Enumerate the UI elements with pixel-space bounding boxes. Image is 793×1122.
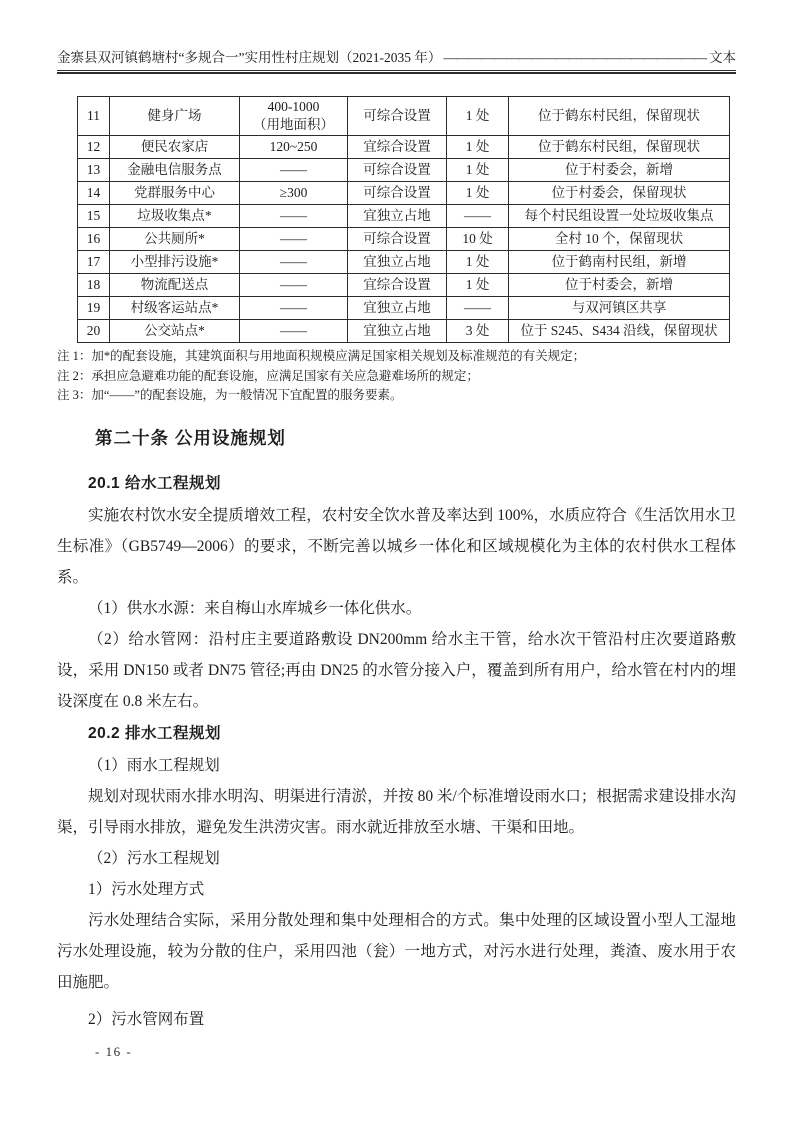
- rainwater-planning-line: （1）雨水工程规划: [57, 750, 736, 781]
- table-cell-mode: 可综合设置: [348, 159, 447, 182]
- water-supply-network-paragraph: （2）给水管网：沿村庄主要道路敷设 DN200mm 给水主干管，给水次干管沿村庄…: [57, 624, 736, 717]
- water-supply-paragraph-1: 实施农村饮水安全提质增效工程，农村安全饮水普及率达到 100%，水质应符合《生活…: [57, 500, 736, 593]
- table-row: 12便民农家店120~250宜综合设置1 处位于鹤东村民组，保留现状: [78, 136, 730, 159]
- table-cell-count: 10 处: [447, 228, 509, 251]
- water-supply-source-line: （1）供水水源：来自梅山水库城乡一体化供水。: [57, 593, 736, 624]
- table-cell-remark: 位于鹤东村民组，保留现状: [509, 136, 730, 159]
- table-cell-no: 20: [78, 320, 110, 343]
- document-page: 金寨县双河镇鹤塘村“多规合一”实用性村庄规划（2021-2035 年） ————…: [0, 0, 793, 1122]
- table-cell-mode: 可综合设置: [348, 182, 447, 205]
- table-cell-remark: 位于村委会，新增: [509, 159, 730, 182]
- table-notes: 注 1：加*的配套设施，其建筑面积与用地面积规模应满足国家相关规划及标准规范的有…: [57, 347, 736, 406]
- table-cell-count: 1 处: [447, 251, 509, 274]
- table-row: 18物流配送点——宜综合设置1 处位于村委会，新增: [78, 274, 730, 297]
- table-cell-count: ——: [447, 297, 509, 320]
- table-cell-scale: ——: [240, 228, 348, 251]
- table-cell-no: 16: [78, 228, 110, 251]
- table-row: 16公共厕所*——可综合设置10 处全村 10 个，保留现状: [78, 228, 730, 251]
- table-note-3: 注 3：加“——”的配套设施，为一般情况下宜配置的服务要素。: [57, 386, 736, 406]
- table-cell-name: 物流配送点: [110, 274, 240, 297]
- page-number: - 16 -: [95, 1044, 132, 1059]
- table-row: 17小型排污设施*——宜独立占地1 处位于鹤南村民组，新增: [78, 251, 730, 274]
- table-cell-mode: 宜综合设置: [348, 274, 447, 297]
- table-cell-no: 15: [78, 205, 110, 228]
- table-row: 20公交站点*——宜独立占地3 处位于 S245、S434 沿线，保留现状: [78, 320, 730, 343]
- table-cell-name: 公交站点*: [110, 320, 240, 343]
- table-cell-mode: 宜综合设置: [348, 136, 447, 159]
- table-cell-remark: 与双河镇区共享: [509, 297, 730, 320]
- table-note-2: 注 2：承担应急避难功能的配套设施，应满足国家有关应急避难场所的规定；: [57, 367, 736, 387]
- header-doc-type: 文本: [709, 46, 736, 66]
- article-20-heading: 第二十条 公用设施规划: [95, 425, 736, 450]
- sewage-planning-line: （2）污水工程规划: [57, 843, 736, 874]
- sewage-treatment-paragraph: 污水处理结合实际，采用分散处理和集中处理相合的方式。集中处理的区域设置小型人工湿…: [57, 905, 736, 998]
- table-cell-scale: ——: [240, 205, 348, 228]
- table-cell-count: 3 处: [447, 320, 509, 343]
- table-cell-count: 1 处: [447, 97, 509, 136]
- table-cell-scale: ≥300: [240, 182, 348, 205]
- table-cell-name: 健身广场: [110, 97, 240, 136]
- table-cell-no: 13: [78, 159, 110, 182]
- table-cell-no: 12: [78, 136, 110, 159]
- table-row: 15垃圾收集点*——宜独立占地——每个村民组设置一处垃圾收集点: [78, 205, 730, 228]
- table-cell-count: 1 处: [447, 136, 509, 159]
- table-cell-mode: 宜独立占地: [348, 251, 447, 274]
- table-cell-name: 小型排污设施*: [110, 251, 240, 274]
- subsection-20-1-title: 20.1 给水工程规划: [88, 471, 736, 493]
- table-cell-name: 垃圾收集点*: [110, 205, 240, 228]
- facility-table: 11健身广场400-1000 （用地面积）可综合设置1 处位于鹤东村民组，保留现…: [77, 96, 730, 343]
- table-cell-name: 公共厕所*: [110, 228, 240, 251]
- table-cell-no: 14: [78, 182, 110, 205]
- table-cell-remark: 全村 10 个，保留现状: [509, 228, 730, 251]
- table-cell-name: 党群服务中心: [110, 182, 240, 205]
- facility-table-body: 11健身广场400-1000 （用地面积）可综合设置1 处位于鹤东村民组，保留现…: [78, 97, 730, 343]
- table-cell-mode: 宜独立占地: [348, 205, 447, 228]
- table-note-1: 注 1：加*的配套设施，其建筑面积与用地面积规模应满足国家相关规划及标准规范的有…: [57, 347, 736, 367]
- table-cell-remark: 位于村委会，新增: [509, 274, 730, 297]
- table-row: 11健身广场400-1000 （用地面积）可综合设置1 处位于鹤东村民组，保留现…: [78, 97, 730, 136]
- table-cell-name: 村级客运站点*: [110, 297, 240, 320]
- table-cell-count: ——: [447, 205, 509, 228]
- table-cell-scale: 400-1000 （用地面积）: [240, 97, 348, 136]
- table-cell-no: 11: [78, 97, 110, 136]
- table-cell-mode: 可综合设置: [348, 97, 447, 136]
- table-cell-scale: ——: [240, 251, 348, 274]
- table-cell-scale: ——: [240, 320, 348, 343]
- table-cell-no: 19: [78, 297, 110, 320]
- rainwater-paragraph: 规划对现状雨水排水明沟、明渠进行清淤，并按 80 米/个标准增设雨水口；根据需求…: [57, 781, 736, 843]
- table-cell-scale: ——: [240, 297, 348, 320]
- header-title: 金寨县双河镇鹤塘村“多规合一”实用性村庄规划（2021-2035 年）: [57, 46, 441, 66]
- table-cell-remark: 位于鹤东村民组，保留现状: [509, 97, 730, 136]
- table-cell-remark: 位于 S245、S434 沿线，保留现状: [509, 320, 730, 343]
- sewage-network-line: 2）污水管网布置: [57, 1004, 736, 1035]
- sewage-treatment-mode-line: 1）污水处理方式: [57, 874, 736, 905]
- table-row: 13金融电信服务点——可综合设置1 处位于村委会，新增: [78, 159, 730, 182]
- table-cell-mode: 宜独立占地: [348, 320, 447, 343]
- table-cell-mode: 宜独立占地: [348, 297, 447, 320]
- table-row: 14党群服务中心≥300可综合设置1 处位于村委会，保留现状: [78, 182, 730, 205]
- table-cell-remark: 位于村委会，保留现状: [509, 182, 730, 205]
- table-cell-count: 1 处: [447, 159, 509, 182]
- table-cell-remark: 位于鹤南村民组，新增: [509, 251, 730, 274]
- table-cell-name: 便民农家店: [110, 136, 240, 159]
- page-footer: - 16 -: [95, 1044, 132, 1060]
- table-cell-mode: 可综合设置: [348, 228, 447, 251]
- table-cell-name: 金融电信服务点: [110, 159, 240, 182]
- table-cell-no: 17: [78, 251, 110, 274]
- table-cell-no: 18: [78, 274, 110, 297]
- table-row: 19村级客运站点*——宜独立占地——与双河镇区共享: [78, 297, 730, 320]
- table-cell-scale: ——: [240, 159, 348, 182]
- subsection-20-2-title: 20.2 排水工程规划: [88, 721, 736, 743]
- table-cell-scale: ——: [240, 274, 348, 297]
- table-cell-count: 1 处: [447, 182, 509, 205]
- table-cell-remark: 每个村民组设置一处垃圾收集点: [509, 205, 730, 228]
- header-separator: ———————————————————————: [443, 50, 707, 66]
- table-cell-scale: 120~250: [240, 136, 348, 159]
- table-cell-count: 1 处: [447, 274, 509, 297]
- page-header: 金寨县双河镇鹤塘村“多规合一”实用性村庄规划（2021-2035 年） ————…: [57, 46, 736, 71]
